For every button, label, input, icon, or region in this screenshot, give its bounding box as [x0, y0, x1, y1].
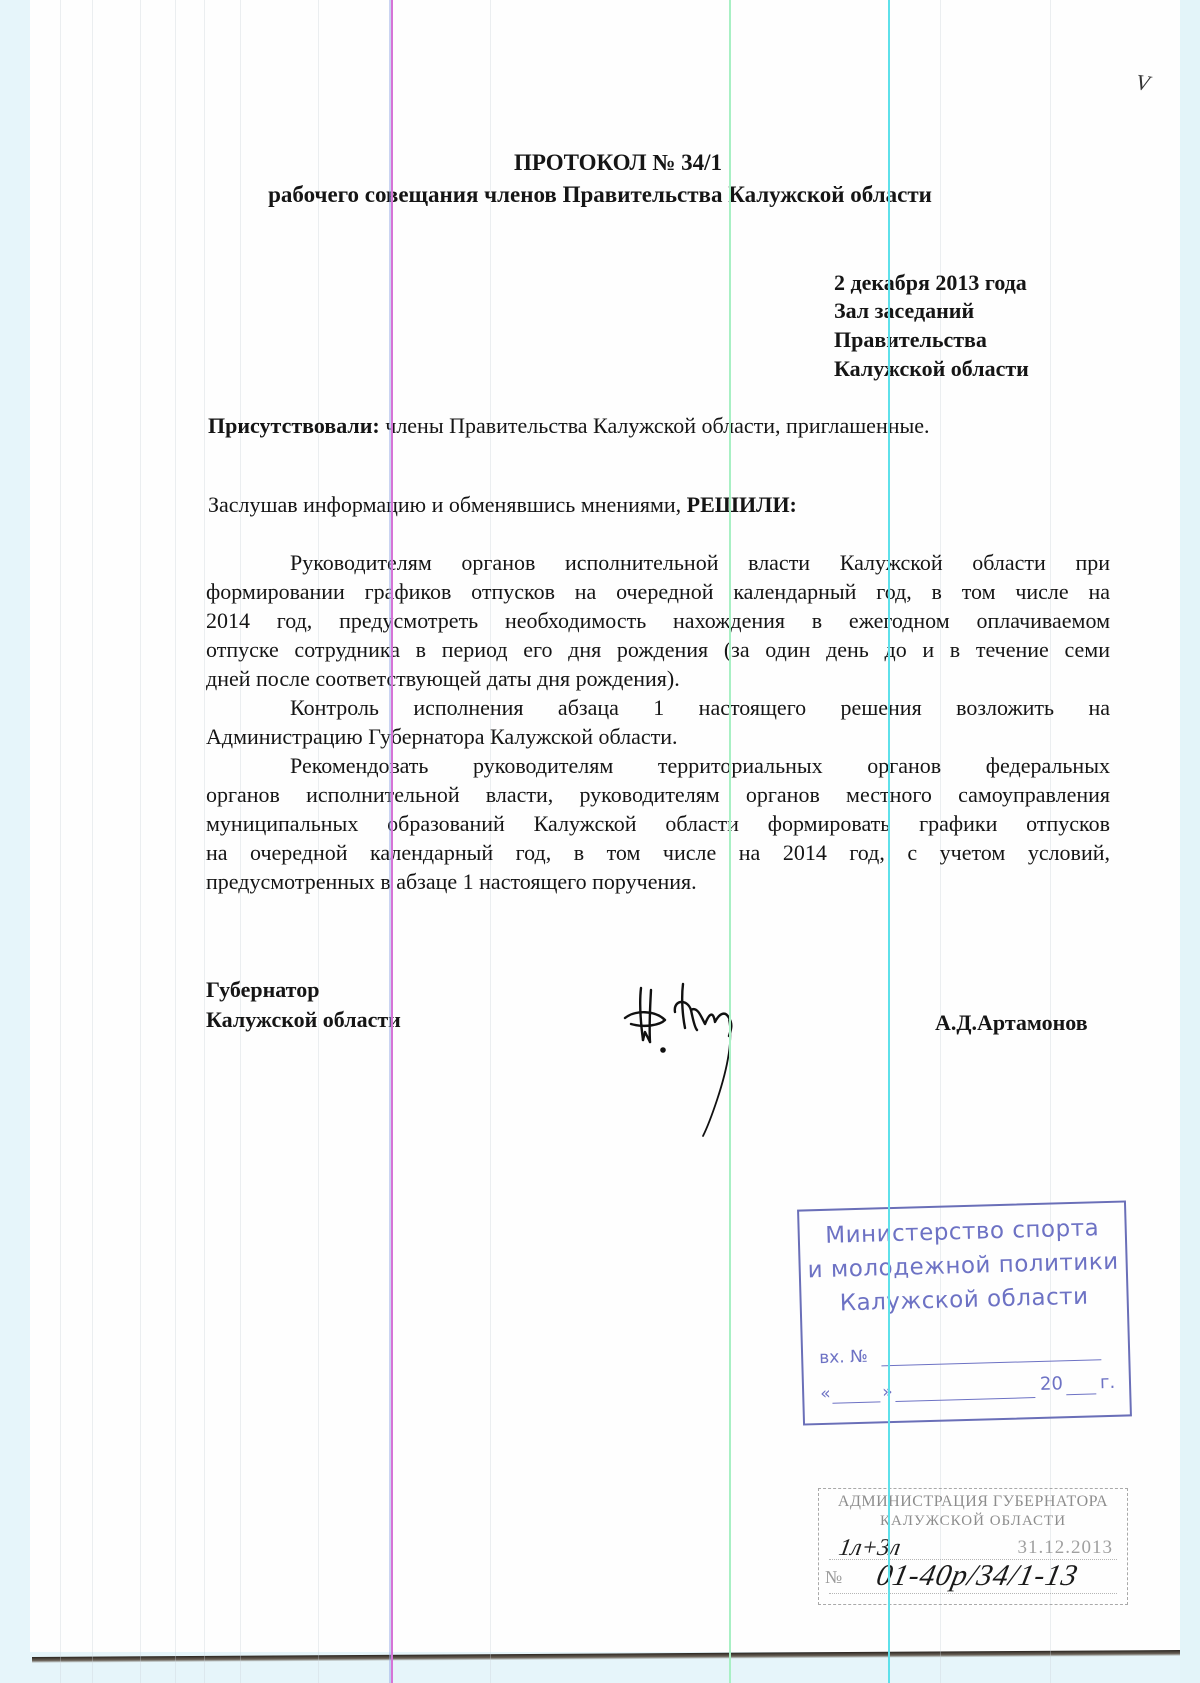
attendees-label: Присутствовали:: [208, 413, 380, 438]
paragraph-line: предусмотренных в абзаце 1 настоящего по…: [206, 867, 1110, 896]
signatory-position-line2: Калужской области: [206, 1005, 401, 1034]
attendees-text: члены Правительства Калужской области, п…: [380, 413, 930, 438]
paragraph-line: на очередной календарный год, в том числ…: [206, 838, 1110, 867]
stamp-divider: [829, 1593, 1117, 1594]
month-blank: [895, 1397, 1035, 1402]
stamp-date-field: « » 20 г.: [820, 1376, 1120, 1384]
day-blank: [832, 1401, 880, 1403]
signatory-name: А.Д.Артамонов: [935, 1008, 1088, 1037]
stamp-admin-line2: КАЛУЖСКОЙ ОБЛАСТИ: [819, 1513, 1127, 1530]
paragraph-line: отпуске сотрудника в период его дня рожд…: [206, 635, 1110, 664]
decision-paragraph-2: Контроль исполнения абзаца 1 настоящего …: [206, 693, 1110, 751]
incoming-registration-stamp: Министерство спорта и молодежной политик…: [797, 1200, 1132, 1425]
stamp-registration-date: 31.12.2013: [1018, 1537, 1114, 1559]
year-blank: [1066, 1393, 1096, 1395]
meeting-venue-line1: Зал заседаний: [834, 296, 974, 325]
meeting-date: 2 декабря 2013 года: [834, 268, 1027, 297]
stamp-registration-number: 01-40р/34/1-13: [873, 1559, 1081, 1593]
stamp-org-line3: Калужской области: [801, 1282, 1127, 1317]
stamp-org-line1: Министерство спорта: [799, 1214, 1125, 1249]
paragraph-line: 2014 год, предусмотреть необходимость на…: [206, 606, 1110, 635]
quote-open: «: [820, 1384, 831, 1404]
paragraph-line: муниципальных образований Калужской обла…: [206, 809, 1110, 838]
meeting-venue-line3: Калужской области: [834, 354, 1029, 383]
year-prefix: 20: [1040, 1373, 1063, 1395]
paragraph-line: дней после соответствующей даты дня рожд…: [206, 664, 1110, 693]
decided-label: РЕШИЛИ:: [687, 492, 797, 517]
attendees-line: Присутствовали: члены Правительства Калу…: [208, 411, 930, 440]
scan-artifact-line: [391, 0, 393, 1683]
paragraph-line: Руководителям органов исполнительной вла…: [206, 548, 1110, 577]
stamp-number-label: №: [825, 1567, 842, 1588]
decision-paragraph-3: Рекомендовать руководителям территориаль…: [206, 751, 1110, 896]
paragraph-line: формировании графиков отпусков на очеред…: [206, 577, 1110, 606]
protocol-subtitle: рабочего совещания членов Правительства …: [0, 180, 1200, 209]
stamp-sheet-count: 1л+3л: [837, 1535, 903, 1562]
decision-intro-text: Заслушав информацию и обменявшись мнения…: [208, 492, 687, 517]
paragraph-line: Контроль исполнения абзаца 1 настоящего …: [206, 693, 1110, 722]
scan-artifact-line: [729, 0, 731, 1683]
decision-paragraph-1: Руководителям органов исполнительной вла…: [206, 548, 1110, 693]
handwritten-signature: [605, 980, 755, 1140]
protocol-title: ПРОТОКОЛ № 34/1: [0, 148, 1200, 177]
paragraph-line: органов исполнительной власти, руководит…: [206, 780, 1110, 809]
administration-registration-stamp: АДМИНИСТРАЦИЯ ГУБЕРНАТОРА КАЛУЖСКОЙ ОБЛА…: [818, 1488, 1128, 1605]
year-suffix: г.: [1100, 1372, 1116, 1393]
paragraph-line: Администрацию Губернатора Калужской обла…: [206, 722, 1110, 751]
decision-intro: Заслушав информацию и обменявшись мнения…: [208, 490, 797, 519]
stamp-org-line2: и молодежной политики: [800, 1248, 1126, 1283]
stamp-admin-line1: АДМИНИСТРАЦИЯ ГУБЕРНАТОРА: [819, 1493, 1127, 1511]
scan-artifact-line: [888, 0, 890, 1683]
scanner-background: [1180, 0, 1200, 1683]
paragraph-line: Рекомендовать руководителям территориаль…: [206, 751, 1110, 780]
stamp-incoming-number-blank: [881, 1359, 1101, 1366]
stamp-incoming-number-label: вх. №: [819, 1347, 868, 1368]
meeting-venue-line2: Правительства: [834, 325, 987, 354]
signatory-position-line1: Губернатор: [206, 975, 319, 1004]
